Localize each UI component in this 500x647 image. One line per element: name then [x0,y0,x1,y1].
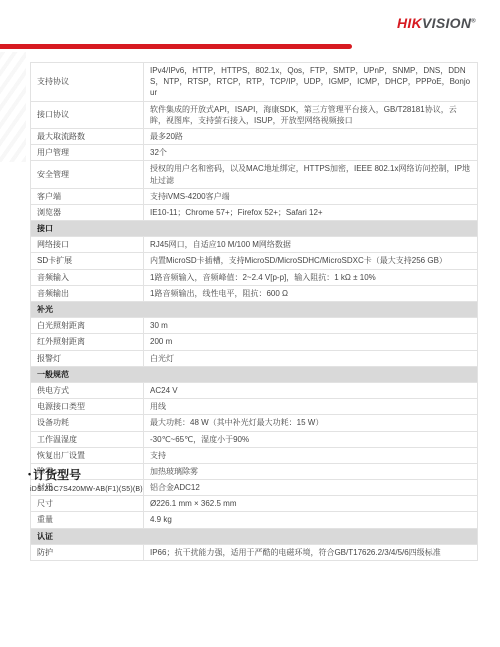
spec-label: 接口协议 [31,101,144,128]
spec-row: 白光照射距离30 m [31,318,478,334]
spec-label: 网络接口 [31,237,144,253]
spec-row: 音频输出1路音频输出，线性电平，阻抗：600 Ω [31,285,478,301]
section-label: 认证 [31,528,478,544]
spec-row: 接口协议软件集成的开放式API，ISAPI，海康SDK，第三方管理平台接入，GB… [31,101,478,128]
bullet-icon: • [28,470,31,479]
spec-value: 铝合金ADC12 [144,480,478,496]
spec-row: 浏览器IE10-11；Chrome 57+；Firefox 52+；Safari… [31,204,478,220]
spec-value: 用线 [144,399,478,415]
spec-row: 网络接口RJ45网口，自适应10 M/100 M网络数据 [31,237,478,253]
spec-row: 报警灯白光灯 [31,350,478,366]
spec-row: 恢复出厂设置支持 [31,447,478,463]
spec-row: 音频输入1路音频输入，音频峰值：2~2.4 V[p-p]，输入阻抗：1 kΩ ±… [31,269,478,285]
spec-value: IE10-11；Chrome 57+；Firefox 52+；Safari 12… [144,204,478,220]
spec-row: 防护IP66；抗干扰能力强，适用于严酷的电磁环境，符合GB/T17626.2/3… [31,544,478,560]
spec-label: 音频输入 [31,269,144,285]
spec-label: 防护 [31,544,144,560]
spec-value: 授权的用户名和密码，以及MAC地址绑定，HTTPS加密，IEEE 802.1x网… [144,161,478,188]
spec-label: 支持协议 [31,63,144,102]
spec-value: 软件集成的开放式API，ISAPI，海康SDK，第三方管理平台接入，GB/T28… [144,101,478,128]
spec-row: 设备功耗最大功耗：48 W（其中补光灯最大功耗：15 W） [31,415,478,431]
spec-value: 32个 [144,145,478,161]
spec-label: 尺寸 [31,496,144,512]
spec-value: RJ45网口，自适应10 M/100 M网络数据 [144,237,478,253]
spec-label: 白光照射距离 [31,318,144,334]
diagonal-watermark-pattern [0,52,26,162]
spec-value: IP66；抗干扰能力强，适用于严酷的电磁环境，符合GB/T17626.2/3/4… [144,544,478,560]
spec-value: 最多20路 [144,128,478,144]
spec-label: 安全管理 [31,161,144,188]
section-row: 一般规范 [31,366,478,382]
spec-row: 安全管理授权的用户名和密码，以及MAC地址绑定，HTTPS加密，IEEE 802… [31,161,478,188]
red-divider-bar [0,44,352,49]
spec-label: 红外照射距离 [31,334,144,350]
spec-value: 支持 [144,447,478,463]
spec-row: 用户管理32个 [31,145,478,161]
spec-row: 供电方式AC24 V [31,382,478,398]
spec-value: IPv4/IPv6，HTTP，HTTPS，802.1x，Qos，FTP，SMTP… [144,63,478,102]
spec-row: 支持协议IPv4/IPv6，HTTP，HTTPS，802.1x，Qos，FTP，… [31,63,478,102]
spec-label: 工作温湿度 [31,431,144,447]
spec-label: 浏览器 [31,204,144,220]
spec-value: 白光灯 [144,350,478,366]
spec-label: 重量 [31,512,144,528]
spec-value: 加热玻璃除雾 [144,463,478,479]
order-model-heading: • 订货型号 [28,466,81,483]
spec-label: 音频输出 [31,285,144,301]
spec-value: 30 m [144,318,478,334]
logo-hik-text: HIK [397,15,422,31]
spec-label: 供电方式 [31,382,144,398]
spec-row: 红外照射距离200 m [31,334,478,350]
registered-trademark-icon: ® [471,18,476,24]
spec-row: 电源接口类型用线 [31,399,478,415]
spec-label: 客户端 [31,188,144,204]
spec-row: 最大取流路数最多20路 [31,128,478,144]
section-label: 接口 [31,221,478,237]
spec-row: 工作温湿度-30℃~65℃，湿度小于90% [31,431,478,447]
spec-value: 200 m [144,334,478,350]
spec-row: 尺寸Ø226.1 mm × 362.5 mm [31,496,478,512]
section-row: 补光 [31,302,478,318]
order-heading-label: 订货型号 [33,466,81,483]
spec-value: 内置MicroSD卡插槽，支持MicroSD/MicroSDHC/MicroSD… [144,253,478,269]
spec-value: -30℃~65℃，湿度小于90% [144,431,478,447]
spec-value: 1路音频输出，线性电平，阻抗：600 Ω [144,285,478,301]
section-row: 认证 [31,528,478,544]
section-label: 补光 [31,302,478,318]
spec-row: 客户端支持iVMS-4200客户端 [31,188,478,204]
spec-row: 重量4.9 kg [31,512,478,528]
spec-value: AC24 V [144,382,478,398]
spec-label: 恢复出厂设置 [31,447,144,463]
spec-value: 1路音频输入，音频峰值：2~2.4 V[p-p]，输入阻抗：1 kΩ ± 10% [144,269,478,285]
spec-label: 设备功耗 [31,415,144,431]
spec-label: SD卡扩展 [31,253,144,269]
spec-label: 电源接口类型 [31,399,144,415]
spec-label: 最大取流路数 [31,128,144,144]
spec-value: 最大功耗：48 W（其中补光灯最大功耗：15 W） [144,415,478,431]
spec-label: 用户管理 [31,145,144,161]
spec-label: 报警灯 [31,350,144,366]
section-row: 接口 [31,221,478,237]
hikvision-logo: HIKVISION® [397,15,476,31]
order-model-number: iDS-2DC7S420MW-AB(F1)(S5)(B) [30,486,143,493]
section-label: 一般规范 [31,366,478,382]
spec-row: SD卡扩展内置MicroSD卡插槽，支持MicroSD/MicroSDHC/Mi… [31,253,478,269]
spec-value: 4.9 kg [144,512,478,528]
spec-value: Ø226.1 mm × 362.5 mm [144,496,478,512]
spec-row: 除雾加热玻璃除雾 [31,463,478,479]
spec-value: 支持iVMS-4200客户端 [144,188,478,204]
logo-vision-text: VISION [422,15,471,31]
